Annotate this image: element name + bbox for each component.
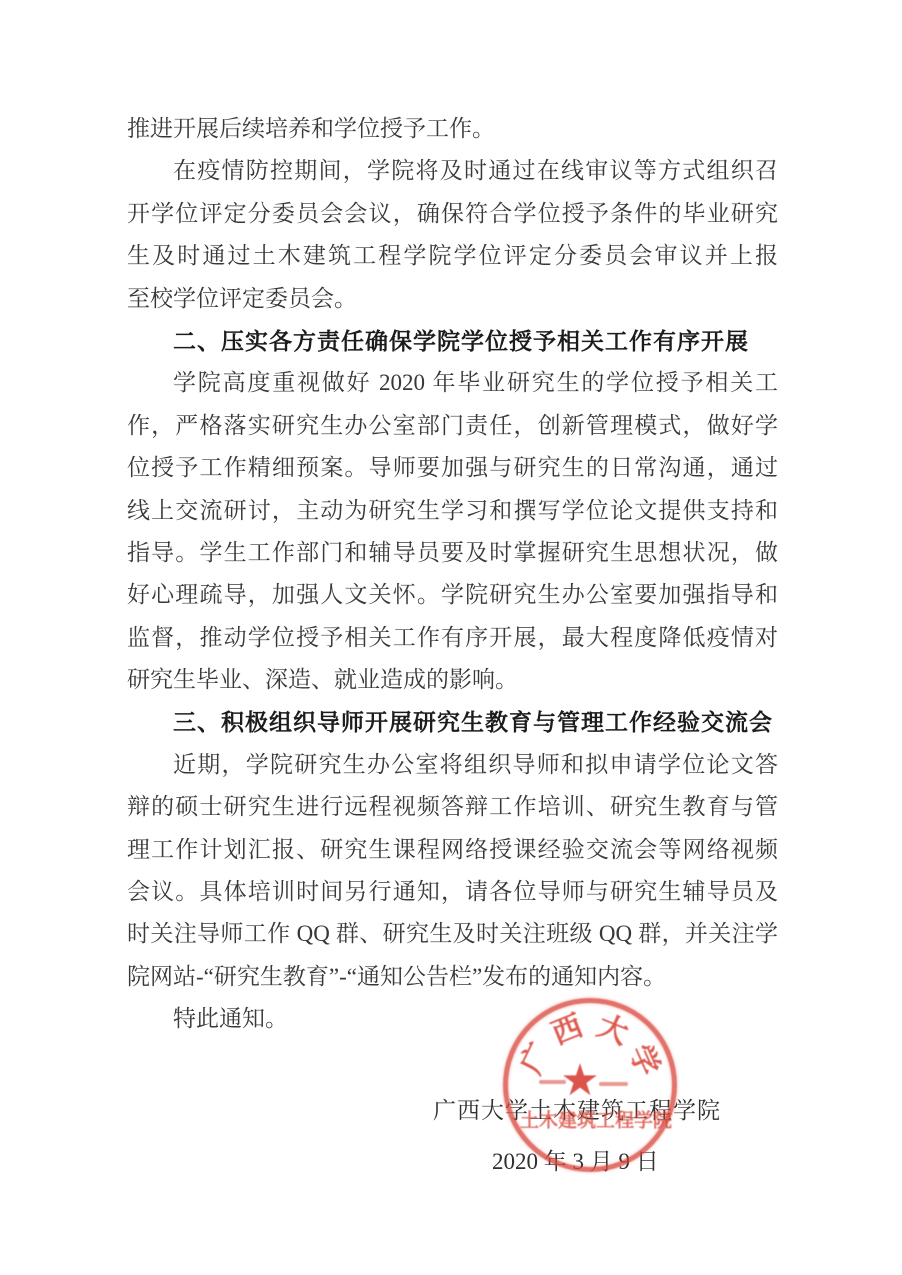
seal-dash-right bbox=[599, 1082, 628, 1086]
issue-date: 2020 年 3 月 9 日 bbox=[492, 1143, 659, 1176]
section-heading-2: 二、压实各方责任确保学院学位授予相关工作有序开展 bbox=[127, 320, 778, 362]
body-line: 监督，推动学位授予相关工作有序开展，最大程度降低疫情对 bbox=[127, 617, 778, 659]
body-line: 学院高度重视做好 2020 年毕业研究生的学位授予相关工 bbox=[127, 362, 778, 404]
body-line: 研究生毕业、深造、就业造成的影响。 bbox=[127, 659, 778, 701]
body-line: 好心理疏导，加强人文关怀。学院研究生办公室要加强指导和 bbox=[127, 574, 778, 616]
body-line: 至校学位评定委员会。 bbox=[127, 278, 778, 320]
issuer-signature: 广西大学土木建筑工程学院 bbox=[433, 1092, 721, 1125]
body-line: 生及时通过土木建筑工程学院学位评定分委员会审议并上报 bbox=[127, 235, 778, 277]
document-body: 推进开展后续培养和学位授予工作。 在疫情防控期间，学院将及时通过在线审议等方式组… bbox=[127, 108, 778, 1041]
closing-line: 特此通知。 bbox=[127, 998, 778, 1040]
body-line: 位授予工作精细预案。导师要加强与研究生的日常沟通，通过 bbox=[127, 447, 778, 489]
body-line: 会议。具体培训时间另行通知，请各位导师与研究生辅导员及 bbox=[127, 871, 778, 913]
section-heading-3: 三、积极组织导师开展研究生教育与管理工作经验交流会 bbox=[127, 701, 778, 743]
body-line: 近期，学院研究生办公室将组织导师和拟申请学位论文答 bbox=[127, 744, 778, 786]
seal-arc-char: 学 bbox=[621, 1036, 673, 1081]
body-line: 线上交流研讨，主动为研究生学习和撰写学位论文提供支持和 bbox=[127, 490, 778, 532]
body-line: 指导。学生工作部门和辅导员要及时掌握研究生思想状况，做 bbox=[127, 532, 778, 574]
body-line: 院网站-“研究生教育”-“通知公告栏”发布的通知内容。 bbox=[127, 956, 778, 998]
body-line: 时关注导师工作 QQ 群、研究生及时关注班级 QQ 群，并关注学 bbox=[127, 913, 778, 955]
body-line: 推进开展后续培养和学位授予工作。 bbox=[127, 108, 778, 150]
body-line: 在疫情防控期间，学院将及时通过在线审议等方式组织召 bbox=[127, 150, 778, 192]
body-line: 理工作计划汇报、研究生课程网络授课经验交流会等网络视频 bbox=[127, 829, 778, 871]
seal-arc-char: 广 bbox=[507, 1034, 560, 1080]
body-line: 开学位评定分委员会会议，确保符合学位授予条件的毕业研究 bbox=[127, 193, 778, 235]
body-line: 作，严格落实研究生办公室部门责任，创新管理模式，做好学 bbox=[127, 405, 778, 447]
body-line: 辩的硕士研究生进行远程视频答辩工作培训、研究生教育与管 bbox=[127, 786, 778, 828]
seal-dash-left bbox=[539, 1080, 566, 1084]
document-page: 推进开展后续培养和学位授予工作。 在疫情防控期间，学院将及时通过在线审议等方式组… bbox=[0, 0, 902, 1275]
